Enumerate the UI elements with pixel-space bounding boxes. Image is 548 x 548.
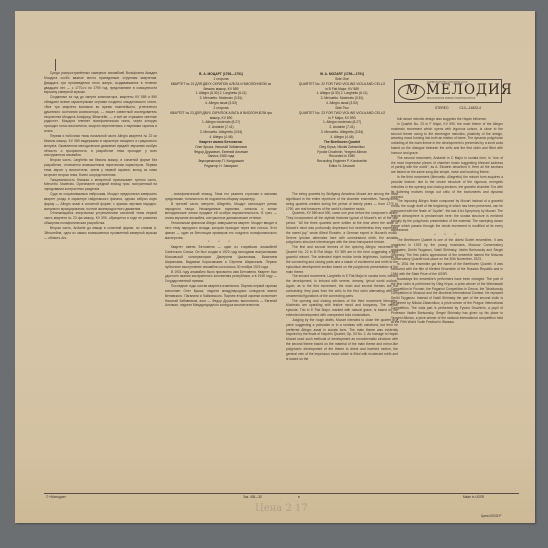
paragraph: Вторая часть, Andante до мажор в сонатно…: [44, 226, 157, 241]
footer-copyright: © «Мелодия»: [46, 495, 66, 499]
footer-order: Зак. 438—3Л: [243, 495, 262, 499]
paragraph: The first and second themes of the openi…: [286, 245, 398, 274]
paragraph: В третьей части, менуэте, Allegretto, Мо…: [165, 202, 277, 221]
paragraph: Среди распространённых камерных ансамбле…: [44, 71, 157, 95]
paragraph: The string quartets by Wolfgang Amadeus …: [286, 192, 398, 211]
paragraph: Quartets, KV 589 and 590, came one year …: [286, 211, 398, 245]
price-stamp: Цена 2 17: [255, 503, 308, 514]
footer-mark: в: [298, 495, 300, 499]
stereo-label: STEREO: [435, 106, 449, 110]
footer-price-code: Цена 00033 Р: [481, 514, 501, 518]
english-tracklist: W. A. MOZART (1756—1791) Side One QUARTE…: [286, 72, 398, 169]
logo-sub: ВСЕСОЮЗНАЯ ФИРМА ГРАМПЛАСТИНОК: [427, 97, 475, 100]
paragraph: Вторая часть, Larghetto ми бемоль мажор,…: [44, 158, 157, 177]
paragraph: Отличающийся энергичным устремлением осн…: [44, 211, 157, 226]
q22-title-ru: КВАРТЕТ № 22 ДЛЯ ДВУХ СКРИПОК АЛЬТА И ВИ…: [165, 82, 277, 92]
editor-en: Editor N. Zavarzin: [286, 164, 398, 169]
paragraph: The second movement, Andante in C Major …: [391, 156, 503, 175]
paragraph: The Beethoven Quartet is one of the olde…: [391, 238, 503, 262]
crop-mark: [55, 59, 56, 71]
english-notes-column-3: The string quartets by Wolfgang Amadeus …: [286, 192, 398, 487]
paragraph: The second movement, Larghetto in E Flat…: [286, 274, 398, 298]
paragraph: Созданные за год до смерти композитора, …: [44, 95, 157, 134]
footer-rule: [44, 493, 519, 494]
paragraph: In Quartet No. 23 in F Major, KV 590, th…: [391, 122, 503, 156]
english-notes-column-4: folk dance melodic design also suggests …: [391, 117, 503, 487]
paragraph: Танцевальность близкая к менуэтной прони…: [44, 178, 157, 193]
paragraph: Judging by the rough drafts, Mozart inte…: [286, 318, 398, 362]
melodiya-emblem-icon: М: [398, 84, 425, 100]
paragraph: The opening and closing sections of the …: [286, 299, 398, 318]
paragraph: In 1931 the ensemble got the name of the…: [391, 262, 503, 277]
record-sleeve-back: Среди распространённых камерных ансамбле…: [15, 11, 535, 523]
paragraph: В 1931 году ансамблю было присвоено имя …: [165, 270, 277, 285]
paragraph: Первая и побочная темы начальной части A…: [44, 134, 157, 158]
editor-ru: Редактор Н. Заварзин: [165, 164, 277, 169]
paragraph: Гениальным финалом Allegro завершается к…: [165, 221, 277, 240]
paragraph: ...полифонический эпизод. Тема его разви…: [165, 192, 277, 202]
paragraph: Nowadays the ensemble's performers have …: [391, 277, 503, 325]
q23-title-ru: КВАРТЕТ № 23 ДЛЯ ДВУХ СКРИПОК АЛЬТА И ВИ…: [165, 111, 277, 121]
melodiya-logo: М МИНИСТЕРСТВО КУЛЬТУРЫ СССР МЕЛОДИЯ ВСЕ…: [394, 79, 502, 103]
footer-made-in: Made in USSR: [463, 495, 484, 499]
russian-tracklist: В. А. МОЦАРТ (1756—1791) 1 сторона КВАРТ…: [165, 72, 277, 169]
catalog-number: С10—14823-4: [459, 106, 480, 110]
paragraph: The imposing Allegro finale composed by …: [391, 199, 503, 233]
paragraph: In the third movement (Menuetto. Allegre…: [391, 175, 503, 199]
q22-title-en: QUARTET No. 22 FOR TWO VIOLINS VIOLA AND…: [286, 82, 398, 87]
logo-name: МЕЛОДИЯ: [426, 82, 513, 98]
russian-notes-column-1: Среди распространённых камерных ансамбле…: [44, 71, 157, 487]
catalog-info: STEREO С10—14823-4: [435, 106, 491, 110]
paragraph: Судя по сохранившимся наброскам, Моцарт …: [44, 192, 157, 211]
paragraph: Последние годы состав квартета изменился…: [165, 284, 277, 308]
paragraph: Квартет имени Бетховена — один из старей…: [165, 245, 277, 269]
q23-title-en: QUARTET No. 23 FOR TWO VIOLINS VIOLA AND…: [286, 111, 398, 116]
russian-notes-column-2: ...полифонический эпизод. Тема его разви…: [165, 192, 277, 487]
